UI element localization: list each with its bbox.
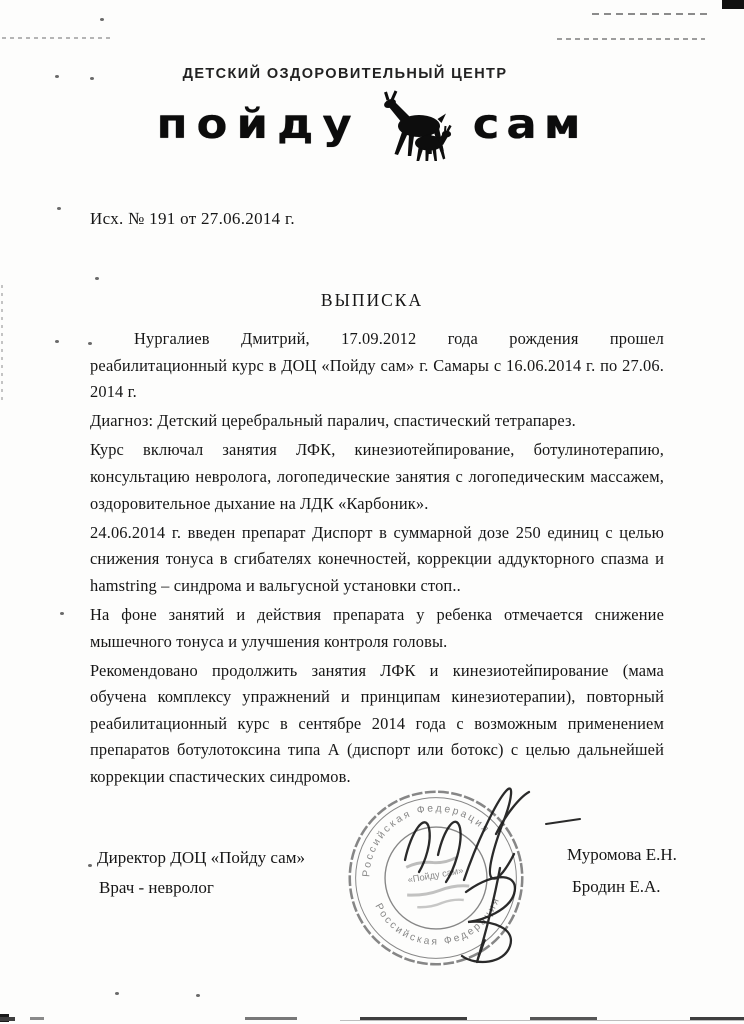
scan-artifact-line — [2, 37, 112, 39]
scan-speck — [57, 207, 61, 210]
scan-artifact-corner — [0, 1014, 9, 1022]
body-paragraph: На фоне занятий и действия препарата у р… — [90, 602, 664, 655]
scan-artifact-line — [245, 1017, 297, 1020]
signature-name-director: Муромова Е.Н. — [567, 845, 677, 865]
document-title: ВЫПИСКА — [0, 290, 744, 311]
scan-artifact-line — [0, 1017, 15, 1021]
scan-speck — [115, 992, 119, 995]
scan-speck — [88, 864, 92, 867]
logo: пойду — [0, 86, 744, 160]
body-paragraph: Рекомендовано продолжить занятия ЛФК и к… — [90, 658, 664, 791]
scan-artifact-line — [557, 38, 705, 40]
signature-role-director: Директор ДОЦ «Пойду сам» — [97, 848, 305, 868]
signature-role-neurologist: Врач - невролог — [99, 878, 214, 898]
scan-artifact-line — [340, 1020, 744, 1021]
org-name: ДЕТСКИЙ ОЗДОРОВИТЕЛЬНЫЙ ЦЕНТР — [0, 66, 690, 82]
scan-artifact-line — [360, 1017, 467, 1021]
logo-text-right: сам — [473, 102, 588, 143]
outgoing-number-line: Исх. № 191 от 27.06.2014 г. — [90, 209, 295, 229]
body-paragraph: 24.06.2014 г. введен препарат Диспорт в … — [90, 520, 664, 600]
scan-speck — [55, 340, 59, 343]
body-paragraph: Нургалиев Дмитрий, 17.09.2012 года рожде… — [90, 326, 664, 406]
scan-artifact-line — [30, 1017, 44, 1020]
scan-artifact-line — [690, 1017, 744, 1021]
scanned-document-page: ДЕТСКИЙ ОЗДОРОВИТЕЛЬНЫЙ ЦЕНТР пойду — [0, 0, 744, 1024]
signature-name-neurologist: Бродин Е.А. — [572, 877, 661, 897]
scan-artifact-corner — [722, 0, 744, 9]
scan-artifact-line — [592, 13, 708, 15]
scan-artifact-line — [530, 1017, 597, 1021]
scan-speck — [95, 277, 99, 280]
logo-text-left: пойду — [156, 102, 360, 143]
handwritten-signatures — [350, 772, 600, 982]
document-body: Нургалиев Дмитрий, 17.09.2012 года рожде… — [90, 326, 664, 793]
scan-speck — [100, 18, 104, 21]
body-paragraph: Диагноз: Детский церебральный паралич, с… — [90, 408, 664, 435]
body-paragraph: Курс включал занятия ЛФК, кинезиотейпиро… — [90, 437, 664, 517]
deer-with-fawn-icon — [369, 90, 465, 162]
scan-speck — [196, 994, 200, 997]
scan-speck — [60, 612, 64, 615]
